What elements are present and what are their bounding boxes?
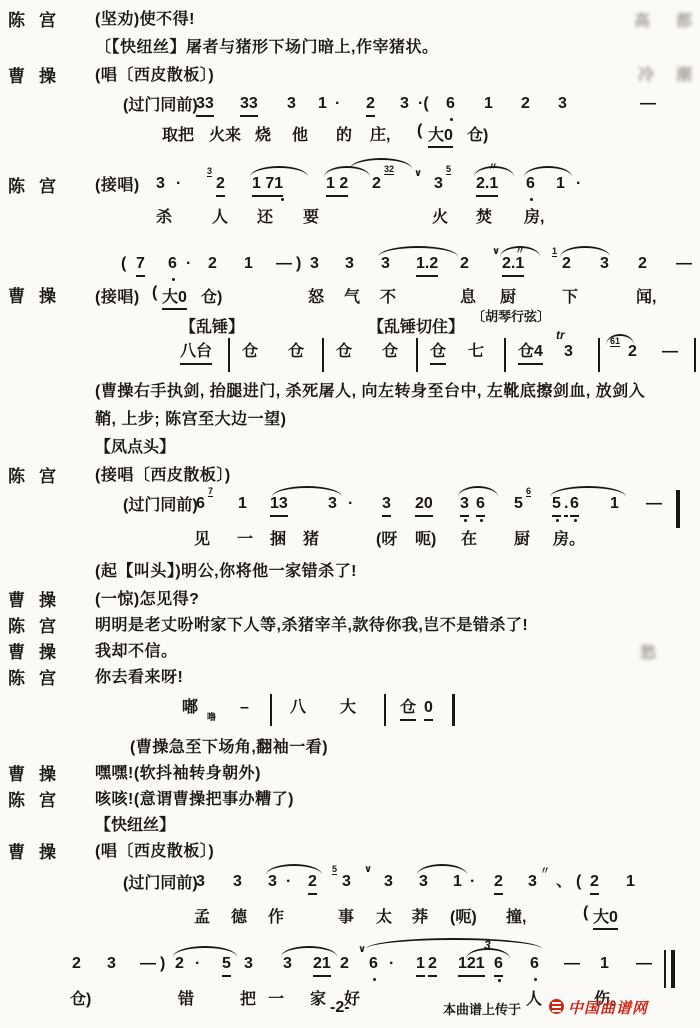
paren: (: [576, 872, 581, 892]
note: 1: [238, 494, 247, 514]
note: 3: [382, 494, 391, 517]
role-name-chengong: 陈宫: [8, 172, 70, 197]
note: 5: [222, 954, 231, 977]
lyric: 一: [268, 986, 284, 1009]
slur: [458, 486, 498, 497]
site-logo-text: 中国曲谱网: [568, 997, 648, 1018]
slur: [350, 158, 412, 169]
dot-paren: ·(: [418, 94, 429, 114]
dot-dash: ·: [195, 954, 200, 974]
dialogue-text: 嘿嘿!(软抖袖转身朝外): [95, 760, 261, 783]
bleedthrough-artifact: 潮: [676, 62, 692, 85]
note-group: 2.1: [476, 174, 498, 197]
breath-mark: ∨: [364, 864, 372, 875]
aria-tag: (接唱): [95, 172, 140, 195]
barline: [452, 694, 455, 726]
lyric: 作: [268, 904, 284, 927]
slur: [500, 246, 540, 257]
note: 2: [372, 174, 381, 194]
note: 3: [564, 342, 573, 362]
lyric: (呀: [376, 526, 397, 549]
note: 1: [453, 872, 462, 892]
guomen-label: (过门同前): [123, 874, 198, 894]
lyric: 见: [194, 526, 210, 549]
lyric: 房。: [553, 526, 585, 549]
note: 3: [558, 94, 567, 114]
note: 2: [428, 954, 437, 977]
dash-note: —: [140, 954, 156, 974]
lyric: 杀: [156, 204, 172, 227]
slur: [250, 166, 308, 177]
role-name-chengong: 陈宫: [8, 612, 70, 637]
percussion-syllable: 七: [468, 342, 484, 362]
lyric: 要: [303, 204, 319, 227]
breath-mark: ∨: [358, 944, 366, 955]
lyric: 太: [376, 904, 392, 927]
slur: [524, 166, 572, 177]
role-name-caocao: 曹操: [8, 586, 70, 611]
note-low-octave: 6: [476, 494, 485, 517]
role-name-chengong: 陈宫: [8, 786, 70, 811]
note: 1: [626, 872, 635, 892]
lyric: 错: [178, 986, 194, 1009]
note: 2: [562, 254, 571, 274]
bleedthrough-artifact: 都: [676, 8, 692, 31]
score-page: 高 都 冷 潮 愁 陈宫 (坚劝)使不得! 〔【快纽丝】屠者与猪形下场门暗上,作…: [0, 0, 700, 1028]
percussion-syllable: 仓): [70, 986, 91, 1009]
note-low-octave: 6: [446, 94, 455, 114]
role-name-chengong: 陈宫: [8, 6, 70, 31]
note-group: 33: [196, 94, 214, 117]
percussion-pattern-label: 【乱锤切住】: [368, 314, 464, 337]
octave-dot: [281, 198, 284, 201]
note-low-octave: 3: [460, 494, 469, 517]
callout-line: (起【叫头】)明公,你将他一家错杀了!: [95, 558, 357, 581]
dot-dash: ·: [335, 94, 340, 114]
lyric: 息: [460, 284, 476, 307]
note: 5: [514, 494, 523, 514]
lyric: 火来: [209, 122, 241, 145]
dialogue-text: 咳咳!(意谓曹操把事办糟了): [95, 786, 294, 809]
dialogue-text: 我却不信。: [95, 638, 178, 661]
note: 3: [233, 872, 242, 892]
note-low-octave: 6: [530, 954, 539, 974]
barline: [504, 338, 506, 372]
paren: (: [121, 254, 126, 274]
dash-note: —: [662, 342, 678, 362]
percussion-syllable: 大: [340, 698, 356, 718]
lyric: 烧: [255, 122, 271, 145]
note: 2: [72, 954, 81, 974]
barline: [270, 694, 272, 726]
grace-note: 7: [208, 486, 213, 497]
grace-note: 3: [207, 166, 212, 177]
lyric: 捆: [270, 526, 286, 549]
note: 2: [308, 872, 317, 895]
lyric: 人: [526, 986, 542, 1009]
note-low-octave: 6: [526, 174, 535, 194]
note: 3: [400, 94, 409, 114]
percussion-syllable: 仓: [400, 698, 416, 721]
note: 1: [556, 174, 565, 194]
percussion-paren: (: [417, 122, 422, 140]
percussion-syllable: 大0: [162, 284, 187, 310]
note: 2: [460, 254, 469, 274]
dialogue-text: 你去看来呀!: [95, 664, 183, 687]
note: 6: [196, 494, 205, 514]
note: 2: [521, 94, 530, 114]
aria-tag: (接唱): [95, 284, 140, 307]
dash-note: —: [676, 254, 692, 274]
note-group: 2.1: [502, 254, 524, 277]
huqin-label: 〔胡琴行弦〕: [472, 306, 550, 325]
note-low-octave: 6: [570, 494, 579, 517]
aria-tag: (唱〔西皮散板〕): [95, 838, 214, 861]
guomen-label: (过门同前): [123, 496, 198, 516]
triplet-number: 3: [484, 938, 491, 952]
note: 3: [287, 94, 296, 114]
upload-note: 本曲谱上传于: [443, 999, 521, 1018]
dot-dash: ·: [470, 872, 475, 892]
note: 3: [283, 954, 292, 974]
paren: ): [160, 954, 165, 974]
note: 1: [318, 94, 327, 114]
final-barline: [664, 950, 666, 988]
note: 2: [175, 954, 184, 974]
page-number: -2-: [330, 999, 350, 1017]
percussion-syllable-small: 噜: [207, 710, 216, 723]
role-name-caocao: 曹操: [8, 282, 70, 307]
lyric: 火: [432, 204, 448, 227]
pause-comma: 、: [556, 872, 572, 892]
note: 2: [340, 954, 349, 974]
dot-dash: ·: [286, 872, 291, 892]
percussion-syllable: 嘟: [182, 698, 198, 718]
note: 1: [610, 494, 619, 514]
note: 2: [208, 254, 217, 274]
percussion-syllable: 仓: [382, 342, 398, 362]
percussion-pattern-label: 【凤点头】: [95, 434, 175, 457]
percussion-syllable: 仓): [467, 122, 488, 145]
lyric: 闻,: [636, 284, 656, 307]
percussion-syllable: 八台: [180, 342, 212, 365]
note: 1: [600, 954, 609, 974]
lyric: 不: [380, 284, 396, 307]
note: 1: [484, 94, 493, 114]
dialogue-text: (一惊)怎见得?: [95, 586, 199, 609]
stage-direction: (曹操右手执剑, 抬腿进门, 杀死屠人, 向左转身至台中, 左靴底擦剑血, 放剑…: [95, 378, 645, 401]
lyric: 莽: [412, 904, 428, 927]
note: 3: [268, 872, 277, 892]
grace-note: 6: [526, 486, 531, 497]
note: 3: [434, 174, 443, 194]
lyric: 还: [257, 204, 273, 227]
note-group: 1.2: [416, 254, 438, 277]
dot-dash: ·: [186, 254, 191, 274]
percussion-syllable: 仓: [288, 342, 304, 362]
ornament-mark: 〃: [540, 862, 549, 877]
final-barline: [671, 950, 675, 988]
note-group: 20: [415, 494, 433, 517]
lyric: 家: [310, 986, 326, 1009]
lyric: 的: [336, 122, 352, 145]
lyric: 在: [461, 526, 477, 549]
note: 3: [419, 872, 428, 892]
note-low-octave: 6: [369, 954, 378, 974]
lyric: 庄,: [370, 122, 390, 145]
note-group: 13: [270, 494, 288, 517]
dash-note: —: [564, 954, 580, 974]
dash-note: –: [240, 698, 249, 718]
percussion-syllable: 仓: [336, 342, 352, 362]
slur: [474, 166, 514, 177]
barline: [694, 338, 696, 372]
note-group: 21: [313, 954, 331, 977]
role-name-caocao: 曹操: [8, 838, 70, 863]
role-name-caocao: 曹操: [8, 638, 70, 663]
lyric: 撞,: [506, 904, 526, 927]
dot-dash: .: [564, 494, 568, 517]
lyric: 取把: [162, 122, 194, 145]
dash-note: —: [276, 254, 292, 274]
percussion-pattern-label: 【快纽丝】: [95, 812, 175, 835]
lyric: 焚: [476, 204, 492, 227]
note: 3: [600, 254, 609, 274]
site-logo-icon: [549, 999, 564, 1014]
lyric: 下: [562, 284, 578, 307]
note: 3: [310, 254, 319, 274]
stage-direction: 鞘, 上步; 陈宫至大边一望): [95, 406, 287, 429]
note: 3: [528, 872, 537, 892]
role-name-caocao: 曹操: [8, 760, 70, 785]
percussion-syllable: 大0: [593, 904, 618, 930]
stage-direction: 〔【快纽丝】屠者与猪形下场门暗上,作宰猪状。: [95, 34, 438, 57]
barline: [322, 338, 324, 372]
percussion-syllable: 仓4: [518, 342, 543, 365]
lyric: 孟: [194, 904, 210, 927]
lyric: 房,: [524, 204, 544, 227]
dash-note: —: [636, 954, 652, 974]
role-name-chengong: 陈宫: [8, 462, 70, 487]
paren: ): [296, 254, 301, 274]
lyric: 他: [292, 122, 308, 145]
grace-note: 5: [446, 164, 451, 175]
percussion-syllable: 大0: [428, 122, 453, 148]
barline: [598, 338, 600, 372]
note: 3: [342, 872, 351, 892]
role-name-caocao: 曹操: [8, 62, 70, 87]
note: 3: [156, 174, 165, 194]
note: 3: [196, 872, 205, 892]
note-group: 1 71: [252, 174, 283, 197]
note: 2: [590, 872, 599, 895]
note: 2: [366, 94, 375, 117]
bleedthrough-artifact: 愁: [640, 640, 656, 663]
final-barline: [676, 490, 680, 528]
bleedthrough-artifact: 高: [634, 8, 650, 31]
breath-mark: ∨: [492, 246, 500, 257]
grace-note: 1: [552, 246, 557, 257]
percussion-paren: (: [583, 904, 588, 922]
lyric: 厨: [514, 526, 530, 549]
note-group: 1 2: [326, 174, 348, 197]
lyric: 厨: [500, 284, 516, 307]
dash-note: —: [646, 494, 662, 514]
guomen-label: (过门同前): [123, 96, 198, 116]
note: 1: [244, 254, 253, 274]
note: 3: [328, 494, 337, 514]
lyric: 呃): [415, 526, 436, 549]
dialogue-text: (坚劝)使不得!: [95, 6, 195, 29]
percussion-syllable: 0: [424, 698, 433, 721]
lyric: (呃): [450, 904, 477, 927]
note: 3: [381, 254, 390, 274]
note-low-octave: 5: [552, 494, 561, 517]
role-name-chengong: 陈宫: [8, 664, 70, 689]
grace-note: 32: [384, 164, 394, 175]
note: 3: [384, 872, 393, 892]
note: 3: [107, 954, 116, 974]
barline: [416, 338, 418, 372]
barline: [228, 338, 230, 372]
dot-dash: ·: [576, 174, 581, 194]
percussion-syllable: 仓: [430, 342, 446, 365]
percussion-syllable: 仓): [201, 284, 222, 307]
lyric: 气: [344, 284, 360, 307]
lyric: 事: [338, 904, 354, 927]
dot-dash: ·: [389, 954, 394, 974]
lyric: 猪: [303, 526, 319, 549]
lyric: 人: [212, 204, 228, 227]
aria-tag: (接唱〔西皮散板〕): [95, 462, 231, 485]
lyric: 把: [240, 986, 256, 1009]
barline: [384, 694, 386, 726]
lyric: 德: [231, 904, 247, 927]
dot-dash: ·: [176, 174, 181, 194]
note: 7: [136, 254, 145, 277]
note: 2: [638, 254, 647, 274]
note: 2: [628, 342, 637, 362]
trill-mark: tr: [556, 328, 565, 342]
note: 3: [345, 254, 354, 274]
percussion-pattern-label: 【乱锤】: [180, 314, 244, 337]
note: 2: [494, 872, 503, 895]
lyric: 怒: [308, 284, 324, 307]
aria-tag: (唱〔西皮散板〕): [95, 62, 214, 85]
grace-note: 5: [332, 864, 337, 875]
note: 2: [216, 174, 225, 197]
dialogue-text: 明明是老丈吩咐家下人等,杀猪宰羊,款待你我,岂不是错杀了!: [95, 612, 528, 635]
percussion-syllable: 仓: [242, 342, 258, 362]
breath-mark: ∨: [414, 168, 422, 179]
bleedthrough-artifact: 冷: [638, 62, 654, 85]
slur: [366, 938, 542, 949]
dash-note: —: [640, 94, 656, 114]
note: 3: [244, 954, 253, 974]
note-low-octave: 6: [168, 254, 177, 274]
dot-dash: ·: [348, 494, 353, 514]
percussion-syllable: 八: [290, 698, 306, 718]
note-group: 33: [240, 94, 258, 117]
note: 1: [416, 954, 425, 977]
stage-direction: (曹操急至下场角,翻袖一看): [130, 734, 328, 757]
percussion-paren: (: [152, 284, 157, 302]
lyric: 一: [237, 526, 253, 549]
